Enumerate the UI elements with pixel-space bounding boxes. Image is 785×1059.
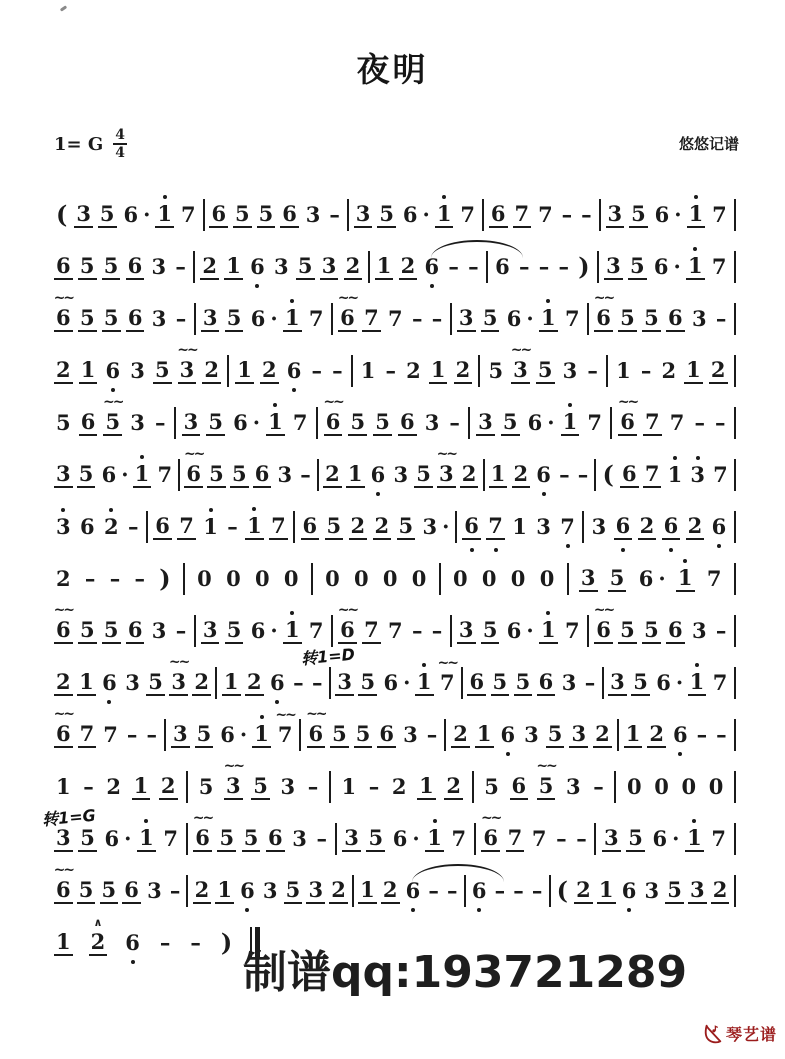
zither-note-icon [702, 1023, 724, 1045]
note-token: 2 [102, 515, 121, 539]
barline [164, 719, 166, 751]
phrase-paren: ( [54, 202, 69, 229]
note-token: 2 [104, 775, 123, 799]
note-token: 5 [626, 826, 645, 852]
duration-dash: – [327, 203, 342, 227]
note-token: 1 [624, 722, 643, 748]
note-token: 1 [215, 878, 234, 904]
note-token: 2 [647, 722, 666, 748]
barline [549, 875, 551, 907]
duration-dash: – [446, 255, 461, 279]
note-token: 5 [618, 618, 637, 644]
duration-dash: – [714, 619, 729, 643]
barline [183, 563, 185, 595]
duration-dash: – [83, 567, 98, 591]
note-token: 6 [666, 618, 685, 644]
note-token: 2 [659, 359, 678, 383]
octave-dot-above [546, 611, 550, 615]
note-token: 7 [563, 307, 582, 331]
octave-dot-above [140, 455, 144, 459]
barline [368, 251, 370, 283]
octave-dot-below [669, 548, 673, 552]
note-token: 7 [705, 567, 724, 591]
note-token: 3 [690, 307, 709, 331]
duration-dash: – [517, 255, 532, 279]
note-token: 3 [128, 359, 147, 383]
note-token: 3 [457, 618, 476, 644]
note-token: 6 [398, 410, 417, 436]
rest-token: 0 [509, 567, 528, 591]
note-token: 6· [121, 203, 150, 227]
score: 转1=D 转1=G (356·1765563–356·17677––356·17… [54, 189, 736, 969]
octave-dot-below [566, 544, 570, 548]
note-token: 5 [102, 254, 121, 280]
duration-dash: – [309, 359, 324, 383]
note-token: 5 [153, 358, 172, 384]
note-token: 2 [349, 514, 368, 540]
note-token: 6 [620, 462, 639, 488]
barline [450, 615, 452, 647]
wave-ornament: ~~ [54, 707, 73, 721]
duration-dash: – [583, 671, 598, 695]
note-token: 5 [78, 826, 97, 852]
barline [483, 459, 485, 491]
barline [734, 303, 736, 335]
wave-ornament: ~~ [54, 291, 73, 305]
duration-dash: – [425, 723, 440, 747]
note-token: 1 [222, 670, 241, 696]
note-token: 3 [150, 619, 169, 643]
note-token: 5 [546, 722, 565, 748]
barline [455, 511, 457, 543]
modulation-annotation-g: 转1=G [41, 803, 96, 831]
note-token: 6 [103, 359, 122, 383]
barline [734, 823, 736, 855]
note-token: 3 [290, 827, 309, 851]
note-token: 5 [491, 670, 510, 696]
barline [194, 303, 196, 335]
note-token: 7 [710, 203, 729, 227]
barline [444, 719, 446, 751]
note-token: 7 [530, 827, 549, 851]
phrase-paren: ( [555, 878, 570, 905]
note-token: 6 [253, 462, 272, 488]
note-token: 6 [493, 255, 512, 279]
duration-dash: – [426, 879, 441, 903]
wave-ornament: ~~ [224, 759, 243, 773]
octave-dot-above [696, 456, 700, 460]
note-token: 7 [585, 411, 604, 435]
note-token: 1 [245, 514, 264, 540]
note-token: 6 [54, 254, 73, 280]
note-token: 1 [358, 878, 377, 904]
scan-artifact [60, 5, 67, 11]
octave-dot-above [694, 195, 698, 199]
note-token: 6~~ [193, 826, 212, 852]
note-token: 6 [100, 671, 119, 695]
note-token: 6 [123, 931, 142, 955]
note-token: 3~~ [437, 462, 456, 488]
note-token: 6· [651, 827, 680, 851]
note-token: 5 [373, 410, 392, 436]
note-token: 3 [123, 671, 142, 695]
note-token: 3 [320, 254, 339, 280]
duration-dash: – [410, 619, 425, 643]
duration-dash: – [126, 515, 141, 539]
note-token: 5 [284, 878, 303, 904]
note-token: 5 [330, 722, 349, 748]
barline [734, 199, 736, 231]
rest-token: 0 [282, 567, 301, 591]
note-token: 3 [145, 879, 164, 903]
barline [587, 615, 589, 647]
note-token: 5 [77, 462, 96, 488]
note-token: 3 [74, 202, 93, 228]
note-token: 3~~ [178, 358, 197, 384]
note-token: 3 [606, 202, 625, 228]
note-token: 3 [561, 359, 580, 383]
note-token: 6 [423, 255, 442, 279]
note-token: 6 [285, 359, 304, 383]
note-token: 3 [569, 722, 588, 748]
barline [617, 719, 619, 751]
note-token: 3 [54, 462, 73, 488]
note-token: 1 [539, 306, 558, 332]
note-token: 2 [192, 670, 211, 696]
note-token: 7 [179, 203, 198, 227]
note-token: 5 [251, 774, 270, 800]
wave-ornament: ~~ [536, 759, 555, 773]
note-token: 6~~ [594, 306, 613, 332]
note-token: 7 [643, 410, 662, 436]
note-token: 5~~ [537, 774, 556, 800]
barline [734, 459, 736, 491]
note-token: 7 [177, 514, 196, 540]
barline [450, 303, 452, 335]
note-token: 3 [423, 411, 442, 435]
note-token: 6 [467, 670, 486, 696]
note-token: 2 [512, 462, 531, 488]
note-token: 1 [252, 722, 271, 748]
note-token: 3 [590, 515, 609, 539]
barline [734, 407, 736, 439]
barline [610, 407, 612, 439]
note-token: 6~~ [307, 722, 326, 748]
note-token: 1 [79, 358, 98, 384]
note-token: 6· [249, 619, 278, 643]
note-token: 6~~ [54, 306, 73, 332]
octave-dot-below [506, 752, 510, 756]
note-token: 2 [159, 774, 178, 800]
barline [193, 251, 195, 283]
barline [734, 563, 736, 595]
duration-dash: – [225, 515, 240, 539]
octave-dot-below [678, 752, 682, 756]
note-token: 1 [201, 515, 220, 539]
octave-dot-below [621, 548, 625, 552]
note-token: 2 [451, 722, 470, 748]
note-token: 6· [505, 619, 534, 643]
octave-dot-below [627, 908, 631, 912]
note-token: 6~~ [338, 618, 357, 644]
note-token: 1 [429, 358, 448, 384]
logo-text: 琴艺谱 [726, 1022, 777, 1045]
octave-dot-above [442, 195, 446, 199]
rest-token: 0 [224, 567, 243, 591]
rest-token: 0 [410, 567, 429, 591]
note-token: 6· [653, 203, 682, 227]
note-token: 5 [608, 566, 627, 592]
note-token: 6· [382, 671, 411, 695]
wave-ornament: ~~ [481, 811, 500, 825]
note-token: 3 [354, 202, 373, 228]
note-token: 2∧ [89, 930, 108, 956]
duration-dash: – [695, 723, 710, 747]
wave-ornament: ~~ [306, 707, 325, 721]
note-token: 1 [597, 878, 616, 904]
song-title: 夜明 [0, 44, 785, 91]
note-token: 3 [476, 410, 495, 436]
octave-dot-below [107, 700, 111, 704]
note-token: 7 [709, 827, 728, 851]
note-token: 6· [526, 411, 555, 435]
note-token: 5 [197, 775, 216, 799]
note-token: 2 [399, 254, 418, 280]
note-token: 6 [126, 618, 145, 644]
note-token: 1 [688, 670, 707, 696]
note-token: 5 [54, 411, 73, 435]
note-token: 3 [560, 671, 579, 695]
barline [186, 875, 188, 907]
note-token: 6~~ [54, 878, 73, 904]
note-token: 5 [631, 670, 650, 696]
note-token: 5 [230, 462, 249, 488]
note-token: 6 [369, 463, 388, 487]
note-token: 6 [238, 879, 257, 903]
note-token: 1 [54, 775, 73, 799]
note-token: 6 [662, 514, 681, 540]
duration-dash: – [291, 671, 306, 695]
duration-dash: – [158, 931, 173, 955]
note-token: 2 [390, 775, 409, 799]
note-token: 6· [100, 463, 129, 487]
note-token: 3 [150, 255, 169, 279]
duration-dash: – [108, 567, 123, 591]
notation-line: 1–21253~~53–1–212565~~3–0000 [54, 761, 736, 813]
note-token: 3~~ [224, 774, 243, 800]
note-token: 5 [354, 722, 373, 748]
note-token: 6 [537, 670, 556, 696]
octave-dot-above [260, 715, 264, 719]
note-token: 1 [539, 618, 558, 644]
note-token: 2 [373, 514, 392, 540]
note-token: 6 [666, 306, 685, 332]
duration-dash: – [306, 775, 321, 799]
octave-dot-below [131, 960, 135, 964]
notation-line: 6~~5563–356·176~~77––356·176~~5563– [54, 293, 736, 345]
note-token: 1 [340, 775, 359, 799]
wave-ornament: ~~ [618, 395, 637, 409]
note-token: 6 [266, 826, 285, 852]
note-token: 2 [260, 358, 279, 384]
note-token: 2 [54, 670, 73, 696]
note-token: 3 [304, 203, 323, 227]
note-token: 2 [638, 514, 657, 540]
note-token: 5 [77, 878, 96, 904]
barline [582, 511, 584, 543]
note-token: 6 [301, 514, 320, 540]
note-token: 5 [486, 359, 505, 383]
note-token: 5 [100, 878, 119, 904]
note-token: 1 [417, 774, 436, 800]
note-token: 2 [202, 358, 221, 384]
note-token: 1 [676, 566, 695, 592]
note-token: 3 [201, 618, 220, 644]
duration-dash: – [554, 827, 569, 851]
duration-dash: – [298, 463, 313, 487]
barline [146, 511, 148, 543]
note-token: 6~~ [324, 410, 343, 436]
duration-dash: – [591, 775, 606, 799]
duration-dash: – [445, 879, 460, 903]
transcriber-credit: 悠悠记谱 [679, 133, 739, 154]
note-token: 2 [686, 514, 705, 540]
phrase-paren: ( [601, 462, 616, 489]
barline [734, 355, 736, 387]
barline [482, 199, 484, 231]
note-token: 7 [558, 515, 577, 539]
note-token: 6 [462, 514, 481, 540]
note-token: 1 [283, 618, 302, 644]
octave-dot-above [433, 819, 437, 823]
duration-dash: – [511, 879, 526, 903]
duration-dash: – [639, 359, 654, 383]
wave-ornament: ~~ [169, 655, 188, 669]
note-token: 3 [457, 306, 476, 332]
duration-dash: – [714, 723, 729, 747]
duration-dash: – [557, 255, 572, 279]
note-token: 2 [460, 462, 479, 488]
duration-dash: – [466, 255, 481, 279]
note-token: 6 [671, 723, 690, 747]
note-token: 6~~ [618, 410, 637, 436]
note-token: 1 [687, 202, 706, 228]
octave-dot-above [144, 819, 148, 823]
note-token: 1 [133, 462, 152, 488]
rest-token: 0 [352, 567, 371, 591]
duration-dash: – [174, 619, 189, 643]
octave-dot-above [290, 611, 294, 615]
note-token: 1 [415, 670, 434, 696]
octave-dot-below [717, 544, 721, 548]
note-token: 6 [377, 722, 396, 748]
note-token: 7 [307, 307, 326, 331]
note-token: 7 [668, 411, 687, 435]
barline [468, 407, 470, 439]
note-token: 3 [171, 722, 190, 748]
note-token: 3 [54, 826, 73, 852]
site-logo: 琴艺谱 [702, 1022, 777, 1045]
note-token: 5 [233, 202, 252, 228]
barline [734, 251, 736, 283]
note-token: 7~~ [276, 723, 295, 747]
duration-dash: – [144, 723, 159, 747]
note-token: 2 [709, 358, 728, 384]
duration-dash: – [168, 879, 183, 903]
note-token: 5 [642, 618, 661, 644]
wave-ornament: ~~ [511, 343, 530, 357]
rest-token: 0 [253, 567, 272, 591]
note-token: 7 [710, 255, 729, 279]
barline [335, 823, 337, 855]
rest-token: 0 [323, 567, 342, 591]
note-token: 3 [128, 411, 147, 435]
note-token: 6 [489, 202, 508, 228]
note-token: 6~~ [54, 722, 73, 748]
wave-ornament: ~~ [338, 603, 357, 617]
note-token: 7 [291, 411, 310, 435]
note-token: 6 [620, 879, 639, 903]
hat-accent: ∧ [93, 917, 102, 928]
note-token: 7 [269, 514, 288, 540]
barline [331, 615, 333, 647]
barline [614, 771, 616, 803]
note-token: 5 [146, 670, 165, 696]
note-token: 3 [604, 254, 623, 280]
duration-dash: – [579, 203, 594, 227]
octave-dot-above [109, 508, 113, 512]
note-token: 5 [665, 878, 684, 904]
rest-token: 0 [480, 567, 499, 591]
note-token: 3 [690, 619, 709, 643]
note-token: 6 [499, 723, 518, 747]
octave-dot-above [546, 299, 550, 303]
octave-dot-above [692, 819, 696, 823]
note-token: 1 [684, 358, 703, 384]
note-token: 6 [122, 878, 141, 904]
duration-dash: – [410, 307, 425, 331]
octave-dot-above [163, 195, 167, 199]
note-token: 5 [225, 618, 244, 644]
note-token: 3~~ [169, 670, 188, 696]
note-token: 7~~ [438, 671, 457, 695]
note-token: 3 [335, 670, 354, 696]
barline [186, 771, 188, 803]
barline [478, 355, 480, 387]
octave-dot-below [292, 388, 296, 392]
note-token: 6 [510, 774, 529, 800]
wave-ornament: ~~ [438, 656, 457, 670]
barline [472, 771, 474, 803]
notation-line: 6~~5563–2163532126––6–––(2163532 [54, 865, 736, 917]
modulation-annotation-d: 转1=D [300, 642, 356, 670]
note-token: 1 [54, 930, 73, 956]
notation-line: 356·176~~5563–216353~~2126––(67137 [54, 449, 736, 501]
duration-dash: – [384, 359, 399, 383]
note-token: 5 [98, 202, 117, 228]
note-token: 2 [200, 254, 219, 280]
note-token: 7 [536, 203, 555, 227]
note-token: 1 [510, 515, 529, 539]
note-token: 6 [404, 879, 423, 903]
note-token: 3 [602, 826, 621, 852]
rest-token: 0 [195, 567, 214, 591]
duration-dash: – [430, 619, 445, 643]
note-token: 6~~ [54, 618, 73, 644]
barline [293, 511, 295, 543]
note-token: 5 [481, 618, 500, 644]
rest-token: 0 [707, 775, 726, 799]
